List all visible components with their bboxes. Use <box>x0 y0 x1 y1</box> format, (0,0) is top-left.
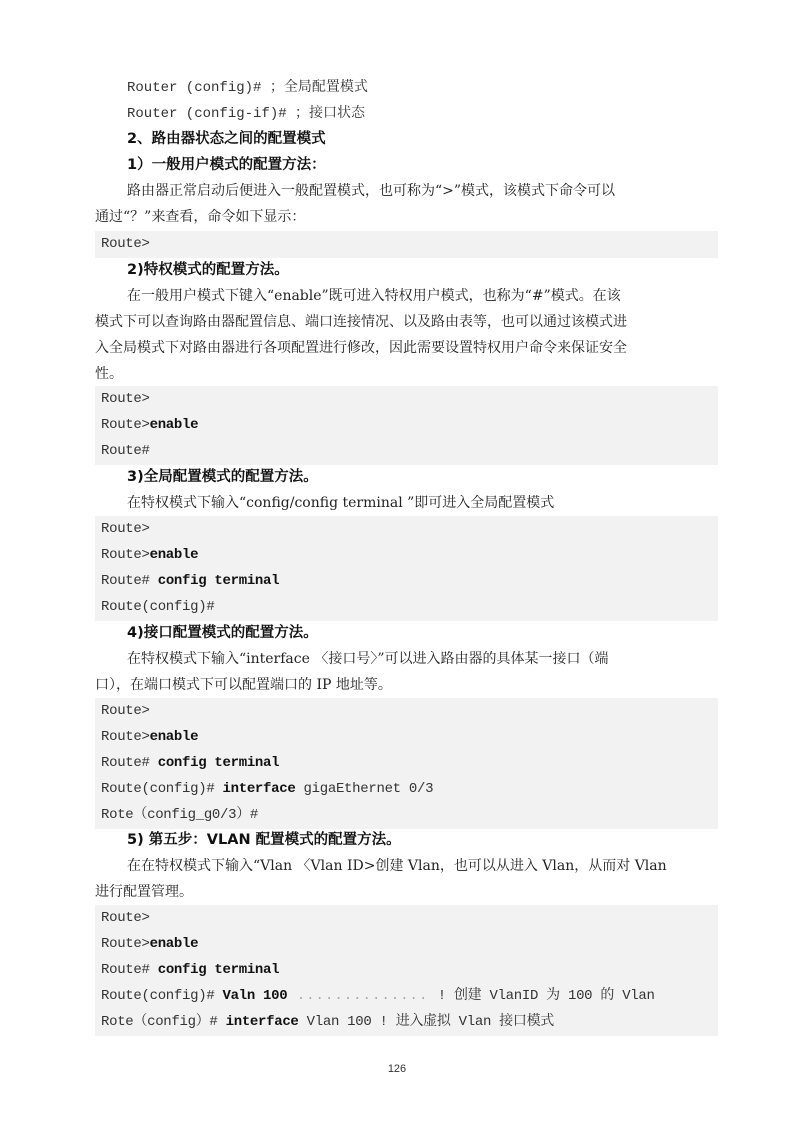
code-prompt: Route> <box>101 703 150 719</box>
paragraph-line: 在一般用户模式下键入“enable”既可进入特权用户模式，也称为“#”模式。在该 <box>127 283 621 309</box>
code-line: Route(config)# <box>101 594 214 620</box>
subsection-heading-5: 5) 第五步：VLAN 配置模式的配置方法。 <box>127 827 401 853</box>
code-block-5: Route> Route>enable Route# config termin… <box>95 905 718 1036</box>
code-prompt: Rote（config）# <box>101 1014 226 1030</box>
code-line: Route# config terminal <box>101 750 279 776</box>
paragraph-line: 在特权模式下输入“config/config terminal ”即可进入全局配… <box>127 490 554 516</box>
code-prompt: Route# <box>101 962 158 978</box>
code-command: Valn 100 <box>223 988 288 1004</box>
code-prompt: Route(config)# <box>101 988 223 1004</box>
paragraph-line: 在特权模式下输入“interface 〈接口号〉”可以进入路由器的具体某一接口（… <box>127 646 609 672</box>
code-line: Route# config terminal <box>101 568 279 594</box>
subsection-heading-3: 3)全局配置模式的配置方法。 <box>127 464 318 490</box>
code-command: config terminal <box>158 573 280 589</box>
paragraph-line: 通过“？”来查看，命令如下显示： <box>95 204 305 230</box>
mode-prompt: Router (config)# ； <box>127 80 284 96</box>
subsection-heading-4: 4)接口配置模式的配置方法。 <box>127 620 318 646</box>
paragraph-line: 路由器正常启动后便进入一般配置模式，也可称为“>”模式，该模式下命令可以 <box>127 178 615 204</box>
mode-description: 全局配置模式 <box>284 79 368 95</box>
code-command: enable <box>150 547 199 563</box>
code-line: Rote（config_g0/3）# <box>101 802 258 828</box>
code-command: enable <box>150 417 199 433</box>
paragraph-line: 在在特权模式下输入“Vlan 〈Vlan ID>创建 Vlan，也可以从进入 V… <box>127 853 667 879</box>
code-prompt: Route> <box>101 391 150 407</box>
code-command: enable <box>150 936 199 952</box>
code-line: Route> <box>101 516 150 542</box>
code-prompt: Route# <box>101 573 158 589</box>
page-number: 126 <box>0 1063 794 1075</box>
subsection-heading-1: 1）一般用户模式的配置方法： <box>127 152 326 178</box>
code-line: Route# config terminal <box>101 957 279 983</box>
mode-description: 接口状态 <box>309 105 365 121</box>
paragraph-line: 入全局模式下对路由器进行各项配置进行修改，因此需要设置特权用户命令来保证安全 <box>95 335 627 361</box>
paragraph-line: 性。 <box>95 361 123 387</box>
code-command: interface <box>226 1014 299 1030</box>
mode-line-interface: Router (config-if)# ；接口状态 <box>127 100 365 127</box>
code-prompt: Route> <box>101 910 150 926</box>
code-block-3: Route> Route>enable Route# config termin… <box>95 516 718 621</box>
code-block-1: Route> <box>95 231 718 258</box>
code-prompt: Route(config)# <box>101 781 223 797</box>
code-comment: Vlan 100 ! 进入虚拟 Vlan 接口模式 <box>299 1014 554 1030</box>
code-prompt: Route# <box>101 443 150 459</box>
code-line: Route>enable <box>101 412 198 438</box>
code-line: Route> <box>101 698 150 724</box>
code-line: Route(config)# Valn 100 .............. !… <box>101 983 655 1009</box>
code-line: Route> <box>101 386 150 412</box>
code-command: config terminal <box>158 962 280 978</box>
code-prompt: Rote（config_g0/3）# <box>101 807 258 823</box>
code-line: Route(config)# interface gigaEthernet 0/… <box>101 776 433 802</box>
code-line: Route> <box>101 905 150 931</box>
code-command: config terminal <box>158 755 280 771</box>
code-prompt: Route> <box>101 236 150 252</box>
code-block-2: Route> Route>enable Route# <box>95 386 718 465</box>
code-command: enable <box>150 729 199 745</box>
code-line: Route>enable <box>101 724 198 750</box>
dot-leader: .............. <box>287 988 437 1004</box>
code-prompt: Route> <box>101 417 150 433</box>
code-prompt: Route> <box>101 547 150 563</box>
document-page: Router (config)# ；全局配置模式 Router (config-… <box>0 0 794 1123</box>
code-prompt: Route> <box>101 521 150 537</box>
code-block-4: Route> Route>enable Route# config termin… <box>95 698 718 829</box>
paragraph-line: 口），在端口模式下可以配置端口的 IP 地址等。 <box>95 672 392 698</box>
code-prompt: Route(config)# <box>101 599 214 615</box>
code-line: Route> <box>101 231 150 257</box>
code-line: Route>enable <box>101 542 198 568</box>
paragraph-line: 进行配置管理。 <box>95 879 193 905</box>
section-heading: 2、路由器状态之间的配置模式 <box>127 126 326 152</box>
paragraph-line: 模式下可以查询路由器配置信息、端口连接情况、以及路由表等，也可以通过该模式进 <box>95 309 627 335</box>
code-prompt: Route> <box>101 729 150 745</box>
code-command: interface <box>223 781 296 797</box>
subsection-heading-2: 2)特权模式的配置方法。 <box>127 257 289 283</box>
code-comment: ! 创建 VlanID 为 100 的 Vlan <box>438 988 655 1004</box>
code-line: Rote（config）# interface Vlan 100 ! 进入虚拟 … <box>101 1009 554 1035</box>
code-argument: gigaEthernet 0/3 <box>295 781 433 797</box>
code-prompt: Route> <box>101 936 150 952</box>
mode-prompt: Router (config-if)# ； <box>127 106 309 122</box>
code-prompt: Route# <box>101 755 158 771</box>
mode-line-global: Router (config)# ；全局配置模式 <box>127 74 368 101</box>
code-line: Route# <box>101 438 150 464</box>
code-line: Route>enable <box>101 931 198 957</box>
